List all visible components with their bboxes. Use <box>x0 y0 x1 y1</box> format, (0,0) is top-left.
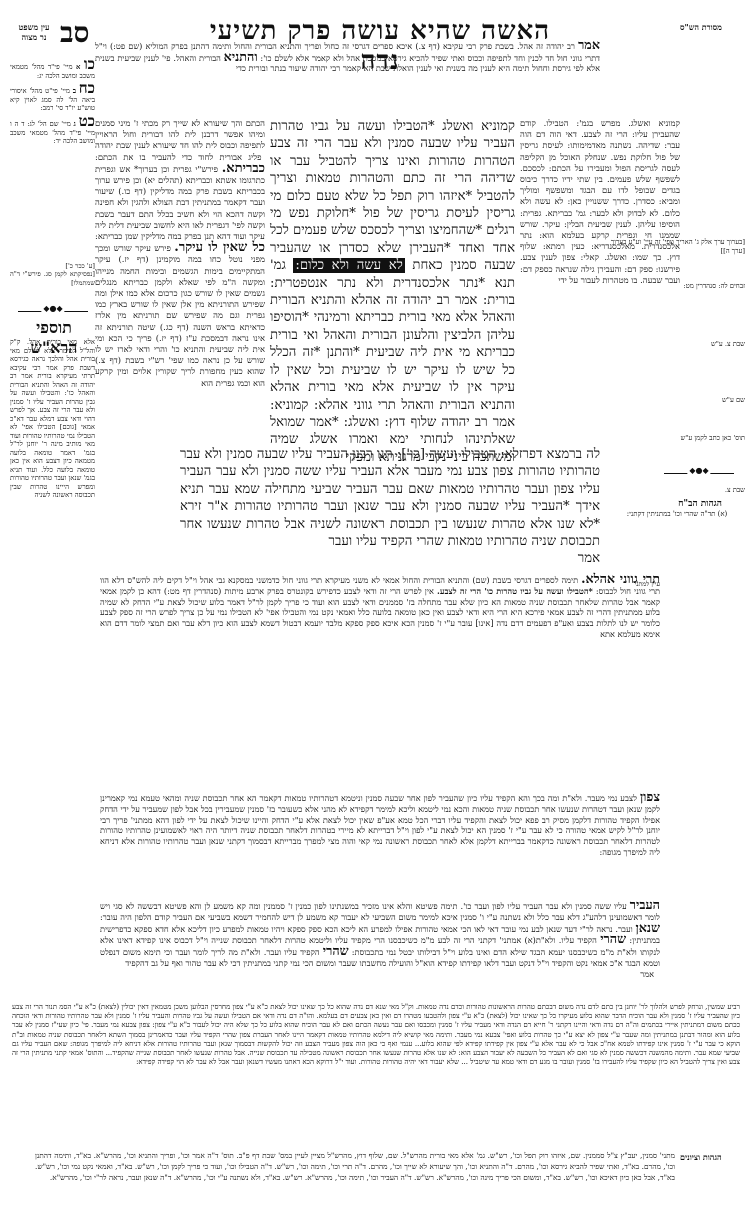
tosafot-dibbur-hamatchil: אמר <box>578 37 600 52</box>
mesoret-ref: תוס' כאן כתב לקמן ע"ש <box>605 434 745 443</box>
tosafot-text: עליו ששה סמנין ולא עבר העביר עליו לפון ו… <box>100 901 660 922</box>
mesoret-ref: זבחים לה: סנהדרין מט: <box>605 282 745 291</box>
hagahot-bach-text: (א) תד"ה שהרי וכו' במתניתין דקתני: <box>612 510 742 519</box>
ein-mishpat-item: כח ב מיי' פי"ט מהל' איסורי ביאה הל' לה ס… <box>10 84 95 113</box>
hagahot-vetziyunim-text: מתני' סמנין, יעב"ץ צ"ל סממנין. שם, איזהו… <box>35 1150 675 1183</box>
ein-mishpat-column: כו א מיי' פי"ד מהל' מטמאי משכב ומושב הלכ… <box>10 60 95 150</box>
mesoret-ref: שבת צ. <box>605 486 745 495</box>
ein-mishpat-letter: ב <box>73 87 76 95</box>
tosafot-dibbur-hamatchil: שהרי <box>323 943 349 958</box>
ornament-divider <box>664 469 734 477</box>
tosafot-text: פירש"י גפרית וכן בערוך* אש וגפרית כתרגומ… <box>95 164 265 241</box>
margin-reference: [ע' ככר כ'] <box>10 262 95 270</box>
tosafot-dibbur-hamatchil: *הטבילו ועשה על גביו טהרות כו' הרי זה לצ… <box>437 586 593 596</box>
gemara-text-part: לה ברמצא דפרזלא: הטבילו ועשה [כו']: תנו … <box>180 447 600 549</box>
gemara-text-continued: לה ברמצא דפרזלא: הטבילו ועשה [כו']: תנו … <box>180 446 600 568</box>
tosafot-dibbur-hamatchil: והתניא <box>224 49 258 64</box>
tosafot-dibbur-hamatchil: שנאן <box>635 920 660 935</box>
gemara-text: קמוניא ואשלג *הטבילו ועשה על גביו טהרות … <box>270 118 515 466</box>
ein-mishpat-label: עין משפט נר מצוה <box>14 22 54 42</box>
ein-mishpat-number: כט <box>79 112 95 130</box>
hagahot-bach-title: הגהות הב"ח <box>660 498 740 509</box>
tosafot-text: הכתם והך שיעורא לא שייך רק מכתי ז' מיני … <box>95 118 265 162</box>
gemara-text-part: גמ' תנא *נתר אלכסנדרית ולא נתר אנטפטרית:… <box>270 258 515 464</box>
mesoret-hashas-label: מסורת הש"ס <box>680 22 722 32</box>
tosafot-lower-section: תרי גווני אהלא. תימה לספרים דגרסי בשבת (… <box>100 574 660 640</box>
ein-mishpat-letter: א <box>76 63 80 71</box>
ein-mishpat-item: כו א מיי' פי"ד מהל' מטמאי משכב ומושב הלכ… <box>10 60 95 80</box>
tosafot-dibbur-hamatchil: צפון <box>640 789 660 804</box>
ein-mishpat-number: כח <box>79 79 95 97</box>
rosh-commentary: רביע שמשין, ונרחק לפרש ולהלוך לר' יוחנן … <box>12 1003 740 1067</box>
mesoret-ref: שם ע"ש <box>605 396 745 405</box>
gemara-text-part: קמוניא ואשלג *הטבילו ועשה על גביו טהרות … <box>270 119 515 273</box>
tosafot-dibbur-hamatchil: שהרי <box>600 931 626 946</box>
tosafot-top-band: אמר רב יהודה זה אהל. בשבת פרק רבי עקיבא … <box>95 40 600 74</box>
tosafot-dibbur-hamatchil: כל שאין לו עיקר. <box>174 240 265 255</box>
ein-mishpat-letter: ג <box>74 120 76 128</box>
hagahot-vetziyunim-title: הגהות וציונים <box>680 1152 722 1162</box>
side-note: עיין למתני' <box>612 580 660 588</box>
margin-reference: [נפסיקתא לקמן סג. פירש"י ד"ה שמתמלו] <box>10 270 95 287</box>
rashi-commentary: קמוניא ואשלג. מפרש בגמ': הטבילו. קודם שה… <box>520 118 680 286</box>
tosfot-harosh-text: אלא מאי בורית אהל. ק"ק והל"ל למימר אלא ל… <box>10 338 95 500</box>
left-margin-references: [ע' ככר כ'] [נפסיקתא לקמן סג. פירש"י ד"ה… <box>10 262 95 287</box>
tosafot-commentary: הכתם והך שיעורא לא שייך רק מכתי ז' מיני … <box>95 118 265 389</box>
ornament-divider <box>18 307 88 315</box>
tosafot-lower-section: צפון לצבע נמי מעבר. ולא"ת ומה בכך והא הק… <box>100 792 660 858</box>
highlighted-text[interactable]: לא עשה ולא כלום: <box>293 258 404 273</box>
catchword: אמר <box>100 969 660 980</box>
tosafot-dibbur-hamatchil: כבריתא. <box>222 161 265 176</box>
ein-mishpat-number: כו <box>84 55 95 73</box>
tosafot-lower-section: העביר עליו ששה סמנין ולא עבר העביר עליו … <box>100 900 660 980</box>
ein-mishpat-text: מיי' פי"ד מהל' מטמאי משכב ומושב הלכה יג: <box>10 63 95 80</box>
ein-mishpat-item: כט ג מיי' שם הל' לג: ד ה ו מיי' פי"ד מהל… <box>10 117 95 146</box>
mesoret-ref: שבת צ. ע"ש <box>605 340 745 349</box>
catchword: אמר <box>180 550 600 567</box>
mesoret-ref: [בערוך ערך אלק ג' האריך טפי' זה עיי' וע"… <box>605 238 745 255</box>
tosafot-text: לצבע נמי מעבר. ולא"ת ומה בכך והא הקפיד ע… <box>100 793 660 857</box>
folio-number: סב <box>60 16 89 50</box>
tosafot-dibbur-hamatchil: העביר <box>630 897 660 912</box>
tosafot-text: פירש עיקר שורש ומכך מפני נוטל כחו במה מו… <box>95 243 265 387</box>
